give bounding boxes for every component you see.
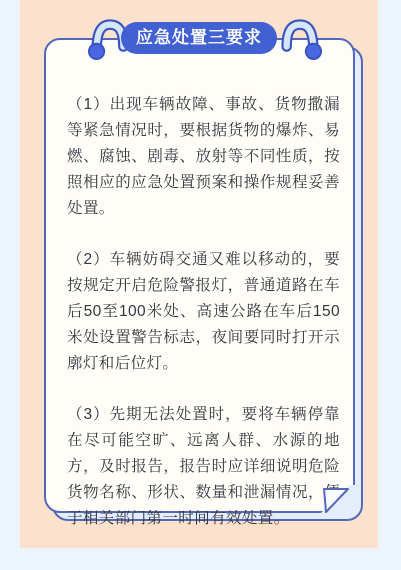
paragraph-1: （1）出现车辆故障、事故、货物撒漏等紧急情况时，要根据货物的爆炸、易燃、腐蚀、剧… (67, 92, 340, 222)
folded-page-corner-icon (317, 479, 355, 513)
paragraph-3: （3）先期无法处置时，要将车辆停靠在尽可能空旷、远离人群、水源的地方，及时报告，… (67, 402, 340, 532)
paragraph-2: （2）车辆妨碍交通又难以移动的，要按规定开启危险警报灯，普通道路在车后50至10… (67, 247, 340, 377)
page-title: 应急处置三要求 (121, 22, 277, 54)
binder-ring-right-icon (276, 16, 326, 60)
notice-card: （1）出现车辆故障、事故、货物撒漏等紧急情况时，要根据货物的爆炸、易燃、腐蚀、剧… (44, 38, 355, 513)
page: { "colors": { "outer_background": "#ecf4… (0, 0, 401, 570)
notice-card-body: （1）出现车辆故障、事故、货物撒漏等紧急情况时，要根据货物的爆炸、易燃、腐蚀、剧… (67, 92, 340, 557)
